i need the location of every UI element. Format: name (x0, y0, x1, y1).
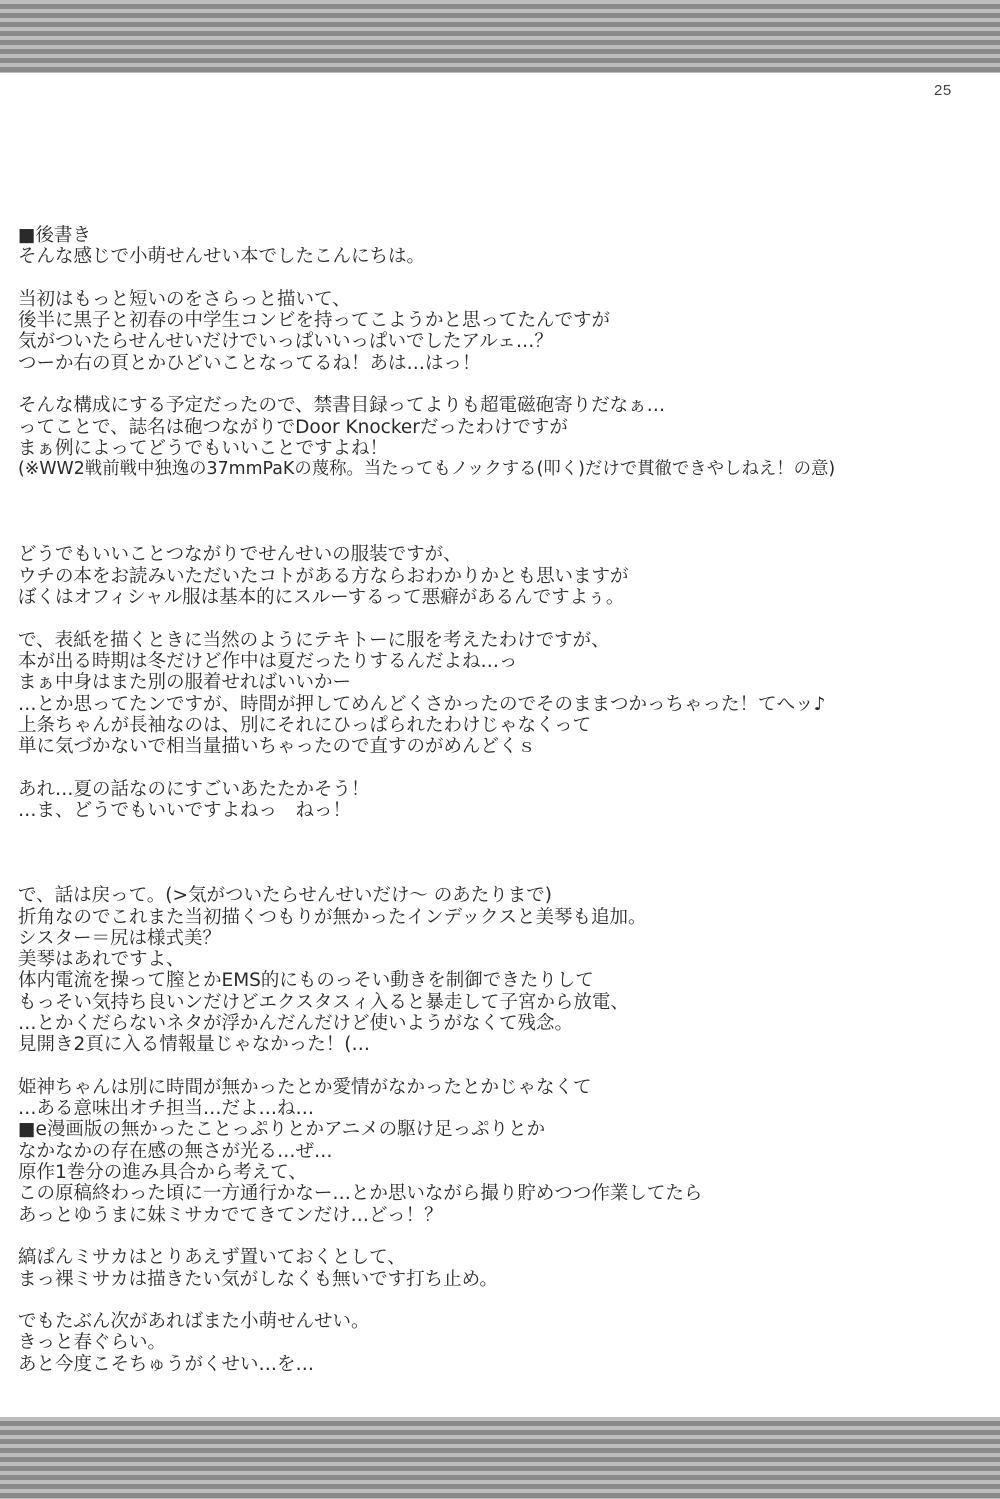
text-line: 本が出る時期は冬だけど作中は夏だったりするんだよね…っ (18, 651, 988, 672)
paragraph-gap (18, 1056, 988, 1077)
text-line: 折角なのでこれまた当初描くつもりが無かったインデックスと美琴も追加。 (18, 907, 988, 928)
text-line: もっそい気持ち良いンだけどエクスタスィ入ると暴走して子宮から放電、 (18, 992, 988, 1013)
text-line: そんな構成にする予定だったので、禁書目録ってよりも超電磁砲寄りだなぁ… (18, 395, 988, 416)
text-line: で、表紙を描くときに当然のようにテキトーに服を考えたわけですが、 (18, 630, 988, 651)
text-line: なかなかの存在感の無さが光る…ぜ… (18, 1141, 988, 1162)
text-line: (※WW2戦前戦中独逸の37mmPaKの蔑称。当たってもノックする(叩く)だけで… (18, 459, 988, 480)
top-stripe-band (0, 0, 1000, 73)
text-line: シスター＝尻は様式美？ (18, 928, 988, 949)
text-line: きっと春ぐらい。 (18, 1332, 988, 1353)
afterword-section: ■後書き そんな感じで小萌せんせい本でしたこんにちは。 当初はもっと短いのをさら… (18, 225, 988, 1439)
text-line: …ま、どうでもいいですよねっ ねっ！ (18, 800, 988, 821)
text-line: あっとゆうまに妹ミサカでてきてンだけ…どっ！？ (18, 1205, 988, 1226)
text-line: 単に気づかないで相当量描いちゃったので直すのがめんどくｓ (18, 736, 988, 757)
text-line: ぼくはオフィシャル服は基本的にスルーするって悪癖があるんですよぅ。 (18, 587, 988, 608)
text-line: 当初はもっと短いのをさらっと描いて、 (18, 289, 988, 310)
text-line: この原稿終わった頃に一方通行かなー…とか思いながら撮り貯めつつ作業してたら (18, 1183, 988, 1204)
text-line: …とかくだらないネタが浮かんだんだけど使いようがなくて残念。 (18, 1013, 988, 1034)
text-line: ウチの本をお読みいただいたコトがある方ならおわかりかとも思いますが (18, 566, 988, 587)
text-line: 上条ちゃんが長袖なのは、別にそれにひっぱられたわけじゃなくって (18, 715, 988, 736)
text-line: まぁ例によってどうでもいいことですよね！ (18, 438, 988, 459)
text-line: 姫神ちゃんは別に時間が無かったとか愛情がなかったとかじゃなくて (18, 1077, 988, 1098)
paragraph-gap (18, 374, 988, 395)
paragraph-gap (18, 821, 988, 864)
afterword-heading: ■後書き (18, 225, 988, 246)
text-line: どうでもいいことつながりでせんせいの服装ですが、 (18, 544, 988, 565)
page-number: 25 (934, 82, 952, 99)
bottom-stripe-band (0, 1417, 1000, 1499)
text-line: 後半に黒子と初春の中学生コンビを持ってこようかと思ってたんですが (18, 310, 988, 331)
text-line: まっ裸ミサカは描きたい気がしなくも無いです打ち止め。 (18, 1269, 988, 1290)
paragraph-gap (18, 268, 988, 289)
text-line: まぁ中身はまた別の服着せればいいかー (18, 672, 988, 693)
paragraph-gap (18, 1375, 988, 1418)
paragraph-gap (18, 757, 988, 778)
text-line: あれ…夏の話なのにすごいあたたかそう！ (18, 779, 988, 800)
text-line: ■e漫画版の無かったことっぷりとかアニメの駆け足っぷりとか (18, 1119, 988, 1140)
paragraph-gap (18, 523, 988, 544)
text-line: …ある意味出オチ担当…だよ…ね… (18, 1098, 988, 1119)
paragraph-gap (18, 481, 988, 524)
paragraph-gap (18, 608, 988, 629)
text-line: ってことで、誌名は砲つながりでDoor Knockerだったわけですが (18, 417, 988, 438)
text-line: 見開き2頁に入る情報量じゃなかった！(… (18, 1034, 988, 1055)
text-line: …とか思ってたンですが、時間が押してめんどくさかったのでそのままつかっちゃった！… (18, 694, 988, 715)
text-line: あと今度こそちゅうがくせい…を… (18, 1354, 988, 1375)
text-line: 体内電流を操って膣とかEMS的にものっそい動きを制御できたりして (18, 970, 988, 991)
paragraph-gap (18, 1290, 988, 1311)
text-line: 縞ぱんミサカはとりあえず置いておくとして、 (18, 1247, 988, 1268)
paragraph-gap (18, 1226, 988, 1247)
text-line: 美琴はあれですよ、 (18, 949, 988, 970)
text-line: でもたぶん次があればまた小萌せんせい。 (18, 1311, 988, 1332)
text-line: つーか右の頁とかひどいことなってるね！あは…はっ！ (18, 353, 988, 374)
paragraph-gap (18, 864, 988, 885)
text-line: そんな感じで小萌せんせい本でしたこんにちは。 (18, 246, 988, 267)
text-line: 気がついたらせんせいだけでいっぱいいっぱいでしたアルェ…？ (18, 331, 988, 352)
text-line: 原作1巻分の進み具合から考えて、 (18, 1162, 988, 1183)
text-line: で、話は戻って。(>気がついたらせんせいだけ～ のあたりまで) (18, 885, 988, 906)
